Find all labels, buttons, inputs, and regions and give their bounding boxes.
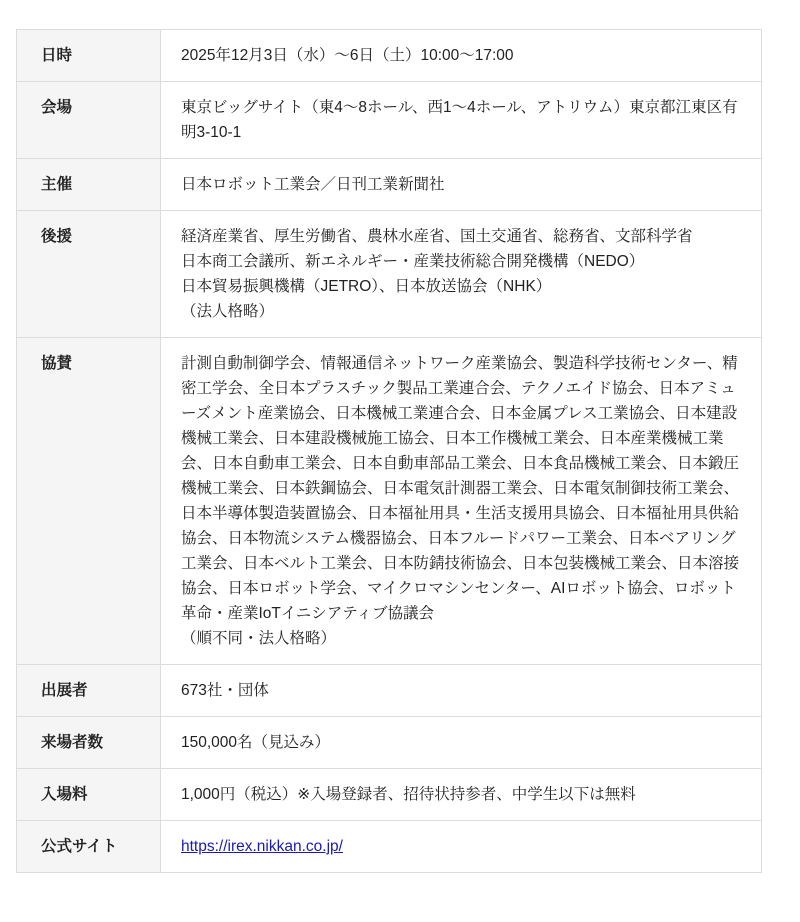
event-info-table: 日時 2025年12月3日（水）〜6日（土）10:00〜17:00 会場 東京ビ… (16, 29, 762, 873)
text-line: （法人格略） (181, 299, 741, 324)
row-value-visitors: 150,000名（見込み） (161, 717, 762, 769)
row-value-exhibitors: 673社・団体 (161, 665, 762, 717)
text-line: 673社・団体 (181, 678, 741, 703)
table-row-visitors: 来場者数 150,000名（見込み） (17, 717, 762, 769)
text-line: 日本ロボット工業会／日刊工業新聞社 (181, 172, 741, 197)
text-line: 1,000円（税込）※入場登録者、招待状持参者、中学生以下は無料 (181, 782, 741, 807)
text-line: 日本貿易振興機構（JETRO）、日本放送協会（NHK） (181, 274, 741, 299)
text-line: 経済産業省、厚生労働省、農林水産省、国土交通省、総務省、文部科学省 (181, 224, 741, 249)
row-value-official-site: https://irex.nikkan.co.jp/ (161, 821, 762, 873)
row-label-datetime: 日時 (17, 30, 161, 82)
table-row-official-site: 公式サイト https://irex.nikkan.co.jp/ (17, 821, 762, 873)
text-line: 2025年12月3日（水）〜6日（土）10:00〜17:00 (181, 43, 741, 68)
table-row-supporters: 後援 経済産業省、厚生労働省、農林水産省、国土交通省、総務省、文部科学省日本商工… (17, 211, 762, 338)
table-row-datetime: 日時 2025年12月3日（水）〜6日（土）10:00〜17:00 (17, 30, 762, 82)
row-label-visitors: 来場者数 (17, 717, 161, 769)
row-label-sponsors: 協賛 (17, 338, 161, 665)
row-value-sponsors: 計測自動制御学会、情報通信ネットワーク産業協会、製造科学技術センター、精密工学会… (161, 338, 762, 665)
row-label-admission: 入場料 (17, 769, 161, 821)
table-row-sponsors: 協賛 計測自動制御学会、情報通信ネットワーク産業協会、製造科学技術センター、精密… (17, 338, 762, 665)
text-line: 日本商工会議所、新エネルギー・産業技術総合開発機構（NEDO） (181, 249, 741, 274)
text-line: （順不同・法人格略） (181, 626, 741, 651)
event-table: 日時 2025年12月3日（水）〜6日（土）10:00〜17:00 会場 東京ビ… (16, 29, 762, 873)
official-site-link[interactable]: https://irex.nikkan.co.jp/ (181, 838, 343, 855)
row-label-supporters: 後援 (17, 211, 161, 338)
row-label-exhibitors: 出展者 (17, 665, 161, 717)
table-row-organizer: 主催 日本ロボット工業会／日刊工業新聞社 (17, 159, 762, 211)
row-value-supporters: 経済産業省、厚生労働省、農林水産省、国土交通省、総務省、文部科学省日本商工会議所… (161, 211, 762, 338)
table-row-venue: 会場 東京ビッグサイト（東4〜8ホール、西1〜4ホール、アトリウム）東京都江東区… (17, 82, 762, 159)
event-table-body: 日時 2025年12月3日（水）〜6日（土）10:00〜17:00 会場 東京ビ… (17, 30, 762, 873)
row-label-official-site: 公式サイト (17, 821, 161, 873)
row-value-venue: 東京ビッグサイト（東4〜8ホール、西1〜4ホール、アトリウム）東京都江東区有明3… (161, 82, 762, 159)
table-row-exhibitors: 出展者 673社・団体 (17, 665, 762, 717)
text-line: 150,000名（見込み） (181, 730, 741, 755)
row-value-datetime: 2025年12月3日（水）〜6日（土）10:00〜17:00 (161, 30, 762, 82)
text-line: 計測自動制御学会、情報通信ネットワーク産業協会、製造科学技術センター、精密工学会… (181, 351, 741, 626)
row-label-organizer: 主催 (17, 159, 161, 211)
row-label-venue: 会場 (17, 82, 161, 159)
text-line: 東京ビッグサイト（東4〜8ホール、西1〜4ホール、アトリウム）東京都江東区有明3… (181, 95, 741, 145)
row-value-organizer: 日本ロボット工業会／日刊工業新聞社 (161, 159, 762, 211)
table-row-admission: 入場料 1,000円（税込）※入場登録者、招待状持参者、中学生以下は無料 (17, 769, 762, 821)
row-value-admission: 1,000円（税込）※入場登録者、招待状持参者、中学生以下は無料 (161, 769, 762, 821)
